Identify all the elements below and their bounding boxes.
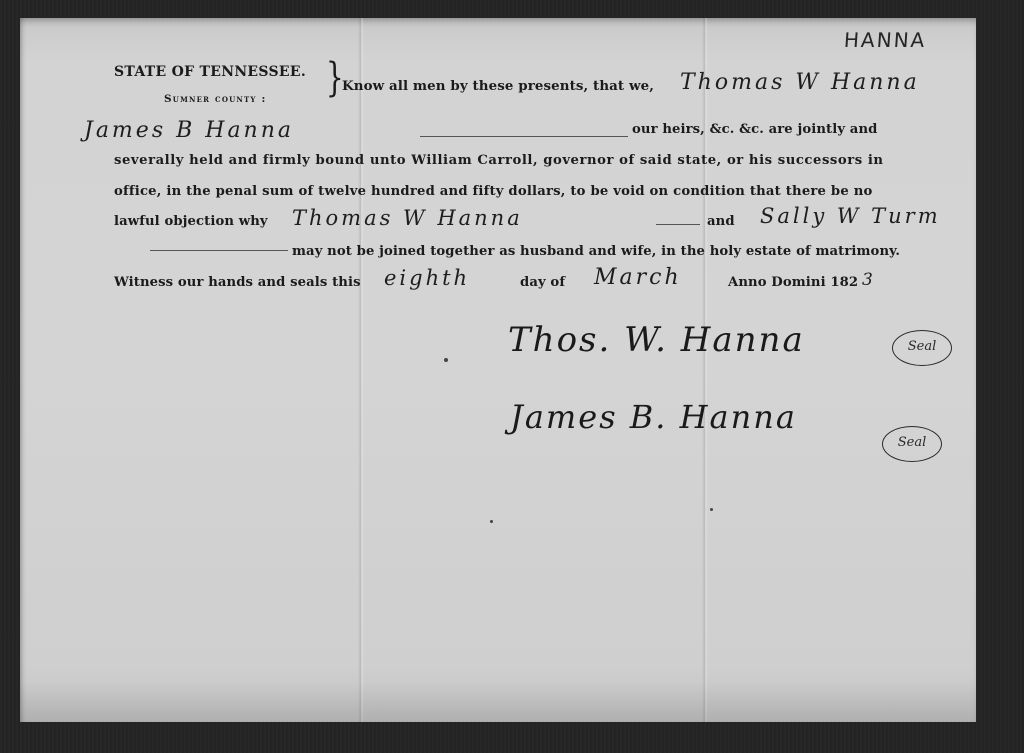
day-value: eighth [384, 266, 470, 290]
objection-text: lawful objection why [114, 214, 268, 229]
groom-name: Thomas W Hanna [292, 206, 523, 230]
signature-2: James B. Hanna [510, 398, 797, 436]
preamble-text: Know all men by these presents, that we, [342, 78, 654, 94]
paper-speck [710, 508, 713, 511]
principal-name-2: James B Hanna [84, 118, 294, 143]
paper-speck [490, 520, 493, 523]
paper-speck [444, 358, 448, 362]
seal-1: Seal [892, 330, 952, 366]
bound-text: severally held and firmly bound unto Wil… [114, 153, 884, 168]
bride-name: Sally W Turm [760, 204, 941, 228]
seal-2: Seal [882, 426, 942, 462]
anno-domini-text: Anno Domini 182 [728, 275, 858, 290]
county-heading: Sumner county : [164, 93, 267, 105]
blank-line [656, 224, 700, 225]
heirs-text: our heirs, &c. &c. are jointly and [632, 122, 877, 137]
year-digit: 3 [862, 270, 873, 290]
surname-annotation: HANNA [843, 28, 927, 52]
day-of-text: day of [520, 275, 565, 290]
blank-line [150, 250, 288, 251]
witness-text: Witness our hands and seals this [114, 275, 361, 290]
principal-name-1: Thomas W Hanna [680, 70, 920, 95]
month-value: March [594, 265, 682, 290]
signature-1: Thos. W. Hanna [508, 320, 805, 360]
and-text: and [707, 214, 735, 229]
state-heading: STATE OF TENNESSEE. [114, 64, 306, 80]
penal-sum-text: office, in the penal sum of twelve hundr… [114, 184, 873, 199]
document-page: HANNA STATE OF TENNESSEE. Sumner county … [20, 18, 976, 722]
fold-line [358, 18, 364, 722]
brace-glyph: } [326, 58, 344, 98]
matrimony-text: may not be joined together as husband an… [292, 244, 900, 259]
blank-line [420, 136, 628, 137]
